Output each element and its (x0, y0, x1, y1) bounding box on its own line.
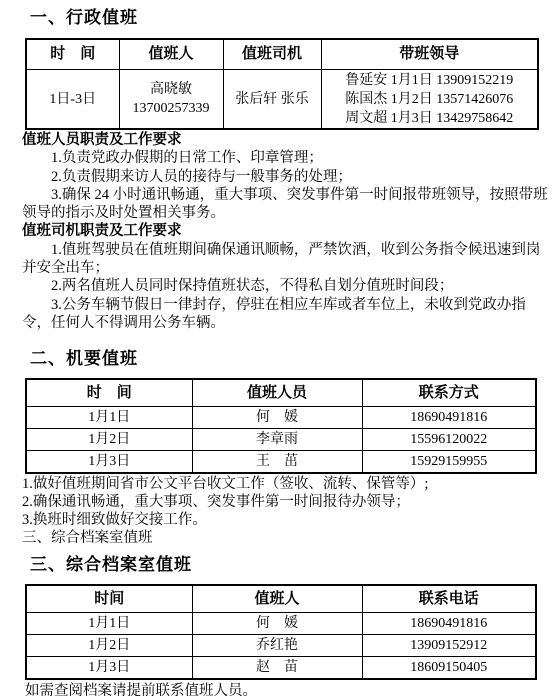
cell-person: 高晓敏 13700257339 (119, 70, 223, 130)
cell-phone: 18690491816 (362, 407, 536, 429)
admin-table-data-row: 1日-3日 高晓敏 13700257339 张后轩 张乐 鲁延安 1月1日 13… (26, 70, 538, 130)
cell-time: 1月2日 (26, 635, 192, 657)
cell-time: 1月1日 (26, 407, 192, 429)
cell-time: 1月3日 (26, 657, 192, 680)
confidential-table-header-row: 时 间 值班人员 联系方式 (26, 379, 536, 407)
staff-duties-title: 值班人员职责及工作要求 (22, 131, 548, 149)
duty-roster-document: 一、行政值班 时 间 值班人 值班司机 带班领导 1日-3日 高晓敏 13700… (0, 0, 554, 696)
col-header-person: 值班人 (192, 585, 362, 613)
col-header-driver: 值班司机 (223, 39, 321, 70)
cell-person: 李章雨 (192, 429, 362, 451)
col-header-leader: 带班领导 (321, 39, 538, 70)
cell-time: 1日-3日 (26, 70, 119, 130)
cell-person: 王 茁 (192, 451, 362, 474)
confidential-note-item: 2.确保通讯畅通，重大事项、突发事件第一时间报待办领导； (22, 493, 548, 511)
section-2-heading: 二、机要值班 (30, 348, 554, 370)
leader-line: 鲁延安 1月1日 13909152219 (324, 71, 536, 90)
col-header-contact: 联系电话 (362, 585, 536, 613)
col-header-person: 值班人员 (192, 379, 362, 407)
leader-line: 周文超 1月3日 13429758642 (324, 109, 536, 128)
admin-duty-notes: 值班人员职责及工作要求 1.负责党政办假期的日常工作、印章管理； 2.负责假期来… (22, 131, 548, 332)
col-header-contact: 联系方式 (362, 379, 536, 407)
table-row: 1月1日 何 媛 18690491816 (26, 407, 536, 429)
staff-duty-item: 2.负责假期来访人员的接待与一般事务的处理； (22, 168, 548, 186)
leader-line: 陈国杰 1月2日 13571426076 (324, 90, 536, 109)
staff-duty-item: 1.负责党政办假期的日常工作、印章管理； (22, 149, 548, 167)
cell-person: 何 媛 (192, 613, 362, 635)
cell-time: 1月2日 (26, 429, 192, 451)
archives-duty-table: 时间 值班人 联系电话 1月1日 何 媛 18690491816 1月2日 乔红… (25, 584, 537, 680)
cell-person: 何 媛 (192, 407, 362, 429)
cell-phone: 18609150405 (362, 657, 536, 680)
driver-duty-item: 2.两名值班人员同时保持值班状态，不得私自划分值班时间段； (22, 277, 548, 295)
driver-duty-item: 3.公务车辆节假日一律封存，停驻在相应车库或者车位上，未收到党政办指令，任何人不… (22, 296, 548, 333)
admin-table-header-row: 时 间 值班人 值班司机 带班领导 (26, 39, 538, 70)
table-row: 1月3日 王 茁 15929159955 (26, 451, 536, 474)
cell-driver: 张后轩 张乐 (223, 70, 321, 130)
archives-footer-note: 如需查阅档案请提前联系值班人员。 (25, 682, 554, 696)
cell-leaders: 鲁延安 1月1日 13909152219 陈国杰 1月2日 1357142607… (321, 70, 538, 130)
table-row: 1月1日 何 媛 18690491816 (26, 613, 536, 635)
confidential-note-item: 1.做好值班期间省市公文平台收文工作（签收、流转、保管等）; (22, 475, 548, 493)
cell-phone: 15596120022 (362, 429, 536, 451)
col-header-time: 时间 (26, 585, 192, 613)
table-row: 1月3日 赵 苗 18609150405 (26, 657, 536, 680)
cell-person: 乔红艳 (192, 635, 362, 657)
table-row: 1月2日 李章雨 15596120022 (26, 429, 536, 451)
cell-time: 1月1日 (26, 613, 192, 635)
person-phone: 13700257339 (122, 99, 221, 118)
admin-duty-table: 时 间 值班人 值班司机 带班领导 1日-3日 高晓敏 13700257339 … (25, 38, 539, 130)
person-name: 高晓敏 (122, 80, 221, 99)
cell-person: 赵 苗 (192, 657, 362, 680)
staff-duty-item: 3.确保 24 小时通讯畅通，重大事项、突发事件第一时间报带班领导，按照带班领导… (22, 186, 548, 223)
col-header-time: 时 间 (26, 379, 192, 407)
driver-duty-item: 1.值班驾驶员在值班期间确保通讯顺畅，严禁饮酒，收到公务指令候迅速到岗并安全出车… (22, 241, 548, 278)
cell-phone: 13909152912 (362, 635, 536, 657)
confidential-note-item: 三、综合档案室值班 (22, 529, 548, 547)
table-row: 1月2日 乔红艳 13909152912 (26, 635, 536, 657)
archives-table-header-row: 时间 值班人 联系电话 (26, 585, 536, 613)
col-header-person: 值班人 (119, 39, 223, 70)
confidential-note-item: 3.换班时细致做好交接工作。 (22, 511, 548, 529)
cell-phone: 15929159955 (362, 451, 536, 474)
cell-phone: 18690491816 (362, 613, 536, 635)
driver-duties-title: 值班司机职责及工作要求 (22, 222, 548, 240)
cell-time: 1月3日 (26, 451, 192, 474)
section-1-heading: 一、行政值班 (30, 0, 554, 29)
confidential-duty-table: 时 间 值班人员 联系方式 1月1日 何 媛 18690491816 1月2日 … (25, 378, 537, 474)
col-header-time: 时 间 (26, 39, 119, 70)
section-3-heading: 三、综合档案室值班 (30, 554, 554, 576)
confidential-duty-notes: 1.做好值班期间省市公文平台收文工作（签收、流转、保管等）; 2.确保通讯畅通，… (22, 475, 548, 547)
